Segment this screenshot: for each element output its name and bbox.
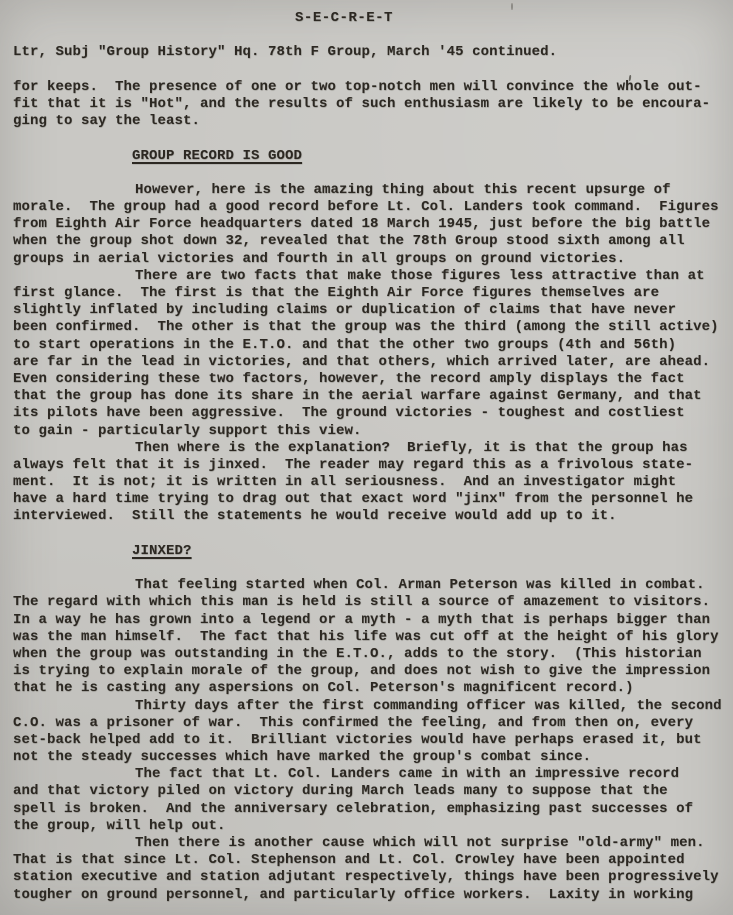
text-line: and that victory piled on victory during… <box>13 783 727 800</box>
text-line: always felt that it is jinxed. The reade… <box>13 457 727 474</box>
text-line: morale. The group had a good record befo… <box>13 199 727 216</box>
ink-speck <box>511 3 513 10</box>
text-line: Then there is another cause which will n… <box>13 835 727 852</box>
subject-line: Ltr, Subj "Group History" Hq. 78th F Gro… <box>13 44 727 61</box>
text-line: That is that since Lt. Col. Stephenson a… <box>13 852 727 869</box>
text-line: have a hard time trying to drag out that… <box>13 491 727 508</box>
blank-line <box>13 130 727 147</box>
text-line: not the steady successes which have mark… <box>13 749 727 766</box>
text-line: In a way he has grown into a legend or a… <box>13 612 727 629</box>
text-line: groups in aerial victories and fourth in… <box>13 251 727 268</box>
text-line: was the man himself. The fact that his l… <box>13 629 727 646</box>
text-line: tougher on ground personnel, and particu… <box>13 887 727 904</box>
text-line: Thirty days after the first commanding o… <box>13 698 727 715</box>
classification-header: S-E-C-R-E-T <box>13 10 675 27</box>
text-line: set-back helped add to it. Brilliant vic… <box>13 732 727 749</box>
text-line: Even considering these two factors, howe… <box>13 371 727 388</box>
blank-line <box>13 62 727 79</box>
text-line: C.O. was a prisoner of war. This confirm… <box>13 715 727 732</box>
text-line: The fact that Lt. Col. Landers came in w… <box>13 766 727 783</box>
text-line: the group, will help out. <box>13 818 727 835</box>
document-text: S-E-C-R-E-TLtr, Subj "Group History" Hq.… <box>13 10 727 904</box>
text-line: when the group was outstanding in the E.… <box>13 646 727 663</box>
text-line: The regard with which this man is held i… <box>13 594 727 611</box>
text-line: However, here is the amazing thing about… <box>13 182 727 199</box>
text-line: is trying to explain morale of the group… <box>13 663 727 680</box>
text-line: interviewed. Still the statements he wou… <box>13 508 727 525</box>
text-line: ging to say the least. <box>13 113 727 130</box>
text-line: There are two facts that make those figu… <box>13 268 727 285</box>
text-line: from Eighth Air Force headquarters dated… <box>13 216 727 233</box>
text-line: spell is broken. And the anniversary cel… <box>13 801 727 818</box>
text-line: ment. It is not; it is written in all se… <box>13 474 727 491</box>
blank-line <box>13 165 727 182</box>
ink-speck <box>203 757 208 760</box>
text-line: to gain - particularly support this view… <box>13 423 727 440</box>
section-heading-jinxed: JINXED? <box>132 543 727 560</box>
text-line: when the group shot down 32, revealed th… <box>13 233 727 250</box>
text-line: slightly inflated by including claims or… <box>13 302 727 319</box>
text-line: are far in the lead in victories, and th… <box>13 354 727 371</box>
text-line: been confirmed. The other is that the gr… <box>13 319 727 336</box>
text-line: fit that it is "Hot", and the results of… <box>13 96 727 113</box>
text-line: first glance. The first is that the Eigh… <box>13 285 727 302</box>
blank-line <box>13 560 727 577</box>
text-line: Then where is the explanation? Briefly, … <box>13 440 727 457</box>
text-line: that the group has done its share in the… <box>13 388 727 405</box>
section-heading-group-record: GROUP RECORD IS GOOD <box>132 148 727 165</box>
text-line: station executive and station adjutant r… <box>13 869 727 886</box>
blank-line <box>13 27 727 44</box>
document-page: S-E-C-R-E-TLtr, Subj "Group History" Hq.… <box>0 0 733 915</box>
blank-line <box>13 526 727 543</box>
text-line: for keeps. The presence of one or two to… <box>13 79 727 96</box>
text-line: to start operations in the E.T.O. and th… <box>13 337 727 354</box>
text-line: That feeling started when Col. Arman Pet… <box>13 577 727 594</box>
text-line: that he is casting any aspersions on Col… <box>13 680 727 697</box>
text-line: its pilots have been aggressive. The gro… <box>13 405 727 422</box>
